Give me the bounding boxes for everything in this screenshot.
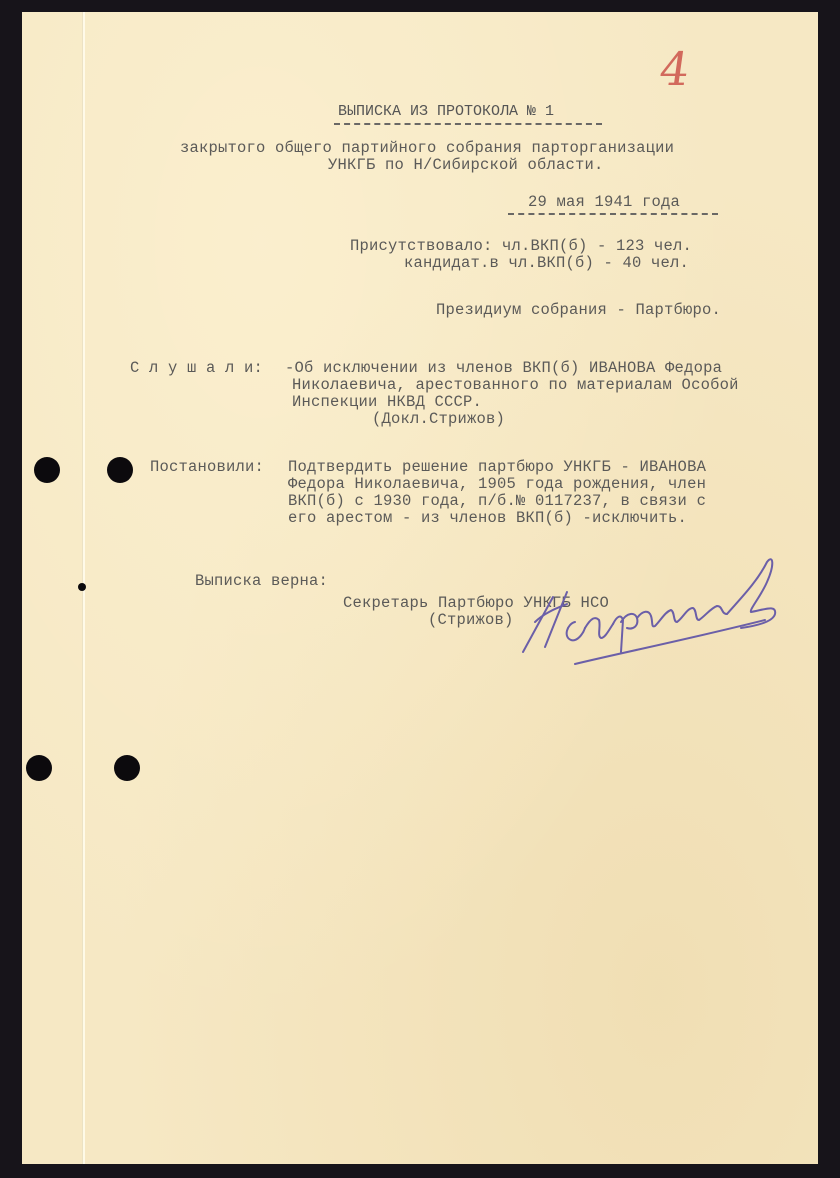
attendance-candidates: кандидат.в чл.ВКП(б) - 40 чел. <box>404 255 689 272</box>
handwritten-signature <box>505 552 795 667</box>
attendance-members: Присутствовало: чл.ВКП(б) - 123 чел. <box>350 238 692 255</box>
heard-line: Инспекции НКВД СССР. <box>292 394 482 411</box>
heard-speaker: (Докл.Стрижов) <box>372 411 505 428</box>
signatory-name: (Стрижов) <box>428 612 514 629</box>
date-underline <box>508 213 718 215</box>
punch-hole <box>107 457 133 483</box>
document-title: ВЫПИСКА ИЗ ПРОТОКОЛА № 1 <box>338 103 554 120</box>
resolved-label: Постановили: <box>150 459 264 476</box>
meeting-date: 29 мая 1941 года <box>528 194 680 211</box>
heard-label: С л у ш а л и: <box>130 360 263 377</box>
punch-hole <box>34 457 60 483</box>
title-underline <box>334 123 602 125</box>
punch-hole <box>78 583 86 591</box>
subtitle-line-1: закрытого общего партийного собрания пар… <box>180 140 674 157</box>
subtitle-line-2: УНКГБ по Н/Сибирской области. <box>328 157 604 174</box>
heard-line: Николаевича, арестованного по материалам… <box>292 377 739 394</box>
punch-hole <box>114 755 140 781</box>
resolved-line: его арестом - из членов ВКП(б) -исключит… <box>288 510 687 527</box>
presidium: Президиум собрания - Партбюро. <box>436 302 721 319</box>
punch-hole <box>26 755 52 781</box>
resolved-line: Федора Николаевича, 1905 года рождения, … <box>288 476 706 493</box>
resolved-line: ВКП(б) с 1930 года, п/б.№ 0117237, в свя… <box>288 493 706 510</box>
resolved-line: Подтвердить решение партбюро УНКГБ - ИВА… <box>288 459 706 476</box>
certification-label: Выписка верна: <box>195 573 328 590</box>
heard-line: -Об исключении из членов ВКП(б) ИВАНОВА … <box>285 360 722 377</box>
